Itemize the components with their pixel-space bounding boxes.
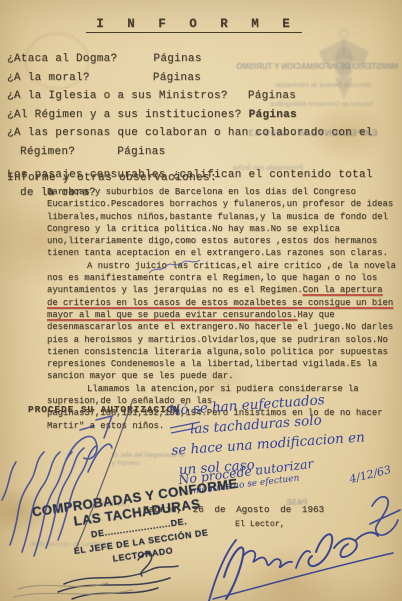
verdict-line: PROCEDE SU AUTORIZACION — [28, 404, 180, 415]
question-moral: ¿A la moral?Páginas — [7, 69, 373, 88]
date-rubric — [370, 497, 400, 535]
question-colaboradores-cont: Régimen?Páginas — [7, 143, 373, 162]
pages-label: Páginas — [248, 87, 296, 106]
report-paragraph-1: Barracas y suburbios de Barcelona en los… — [47, 186, 397, 260]
underlined-no: Nó — [168, 402, 189, 419]
question-dogma: ¿Ataca al Dogma?Páginas — [7, 50, 373, 69]
pencil-scribble — [14, 583, 132, 597]
pages-label: Páginas — [117, 143, 165, 162]
report-title: I N F O R M E — [86, 17, 302, 33]
tachaduras-stamp: COMPROBADAS Y CONFORME LAS TACHADURAS DE… — [14, 473, 263, 576]
pages-label: Páginas — [249, 106, 297, 125]
question-iglesia: ¿A la Iglesia o a sus Ministros?Páginas — [7, 87, 373, 106]
pages-label: Páginas — [153, 69, 201, 88]
report-title-wrap: I N F O R M E — [0, 14, 388, 33]
question-regimen: ¿Al Régimen y a sus instituciones?Página… — [7, 106, 373, 125]
question-colaboradores: ¿A las personas que colaboran o han cola… — [7, 124, 373, 143]
scanned-censorship-report: MINISTERIO DE INFORMACION Y TURISMO Dire… — [0, 0, 402, 601]
report-paragraph-2: A nustro juicio las criticas,el aire cri… — [47, 260, 397, 383]
pages-label: Páginas — [153, 50, 201, 69]
observations-heading: Informe y otras observaciones: — [7, 172, 217, 184]
